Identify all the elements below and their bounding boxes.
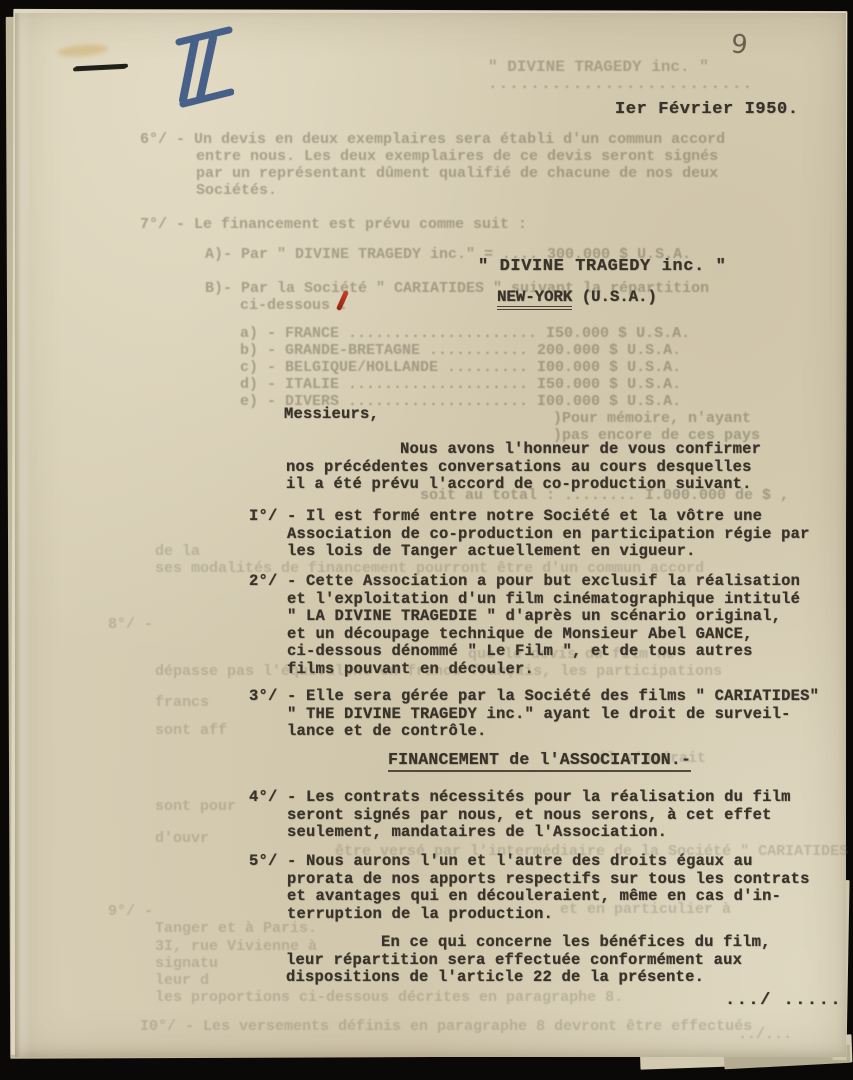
bleedthrough-line: francs	[155, 694, 209, 711]
bleedthrough-line: )Pour mémoire, n'ayant	[553, 410, 751, 427]
continuation-mark: .../ .....	[725, 992, 842, 1010]
paragraph-3: 3°/ - Elle sera gérée par la Société des…	[249, 688, 819, 741]
company-title: " DIVINE TRAGEDY inc. "	[478, 258, 726, 276]
bleedthrough-line: b) - GRANDE-BRETAGNE ........... 200.000…	[240, 342, 681, 359]
scan-background: 6°/ - Un devis en deux exemplaires sera …	[0, 0, 853, 1080]
bleedthrough-line: ci-dessous :	[240, 297, 348, 314]
bleedthrough-line: Sociétés.	[196, 182, 277, 199]
paragraph-2: 2°/ - Cette Association a pour but exclu…	[249, 573, 800, 678]
bleedthrough-line: d) - ITALIE .................... I50.000…	[240, 376, 681, 393]
bleedthrough-line: entre nous. Les deux exemplaires de ce d…	[196, 148, 718, 165]
bleedthrough-line: signatu	[155, 955, 218, 972]
bleedthrough-line: c) - BELGIQUE/HOLLANDE ......... I00.000…	[240, 359, 681, 376]
handwritten-page-number: 9	[729, 29, 749, 61]
closing-paragraph: En ce qui concerne les bénéfices du film…	[286, 934, 771, 987]
salutation: Messieurs,	[284, 406, 379, 424]
bleedthrough-title-rule: ·························	[488, 78, 753, 96]
handwritten-numeral-ii-icon	[172, 25, 234, 109]
bleedthrough-line: 8°/ -	[108, 616, 153, 633]
bleedthrough-line: les proportions ci-dessous décrites en p…	[155, 989, 623, 1006]
bleedthrough-line: a) - FRANCE ..................... I50.00…	[240, 325, 690, 342]
finance-heading-text: FINANCEMENT de l'ASSOCIATION.-	[388, 750, 691, 772]
paragraph-5: 5°/ - Nous aurons l'un et l'autre des dr…	[249, 853, 810, 923]
bleedthrough-line: ../...	[738, 1026, 792, 1043]
bleedthrough-line: par un représentant dûment qualifié de c…	[196, 165, 718, 182]
bleedthrough-line: 6°/ - Un devis en deux exemplaires sera …	[140, 131, 725, 148]
bleedthrough-line: 7°/ - Le financement est prévu comme sui…	[140, 216, 527, 233]
bleedthrough-line: leur d	[155, 972, 209, 989]
city-line: NEW-YORK (U.S.A.)	[497, 289, 657, 307]
paragraph-1: I°/ - Il est formé entre notre Société e…	[249, 508, 810, 561]
date-line: Ier Février I950.	[615, 101, 799, 119]
bleedthrough-line: sont pour	[155, 798, 236, 815]
bleedthrough-title: " DIVINE TRAGEDY inc. "	[488, 58, 709, 76]
paragraph-4: 4°/ - Les contrats nécessités pour la ré…	[249, 789, 791, 842]
country-name: (U.S.A.)	[572, 288, 657, 306]
bleedthrough-line: 9°/ -	[108, 903, 153, 920]
bleedthrough-line: I0°/ - Les versements définis en paragra…	[140, 1018, 752, 1035]
bleedthrough-line: de la	[155, 543, 200, 560]
city-name: NEW-YORK	[497, 288, 572, 310]
intro-paragraph: Nous avons l'honneur de vous confirmer n…	[286, 441, 761, 494]
bleedthrough-line: sont aff	[155, 722, 227, 739]
bleedthrough-line: d'ouvr	[155, 830, 209, 847]
finance-heading: FINANCEMENT de l'ASSOCIATION.-	[388, 751, 691, 769]
